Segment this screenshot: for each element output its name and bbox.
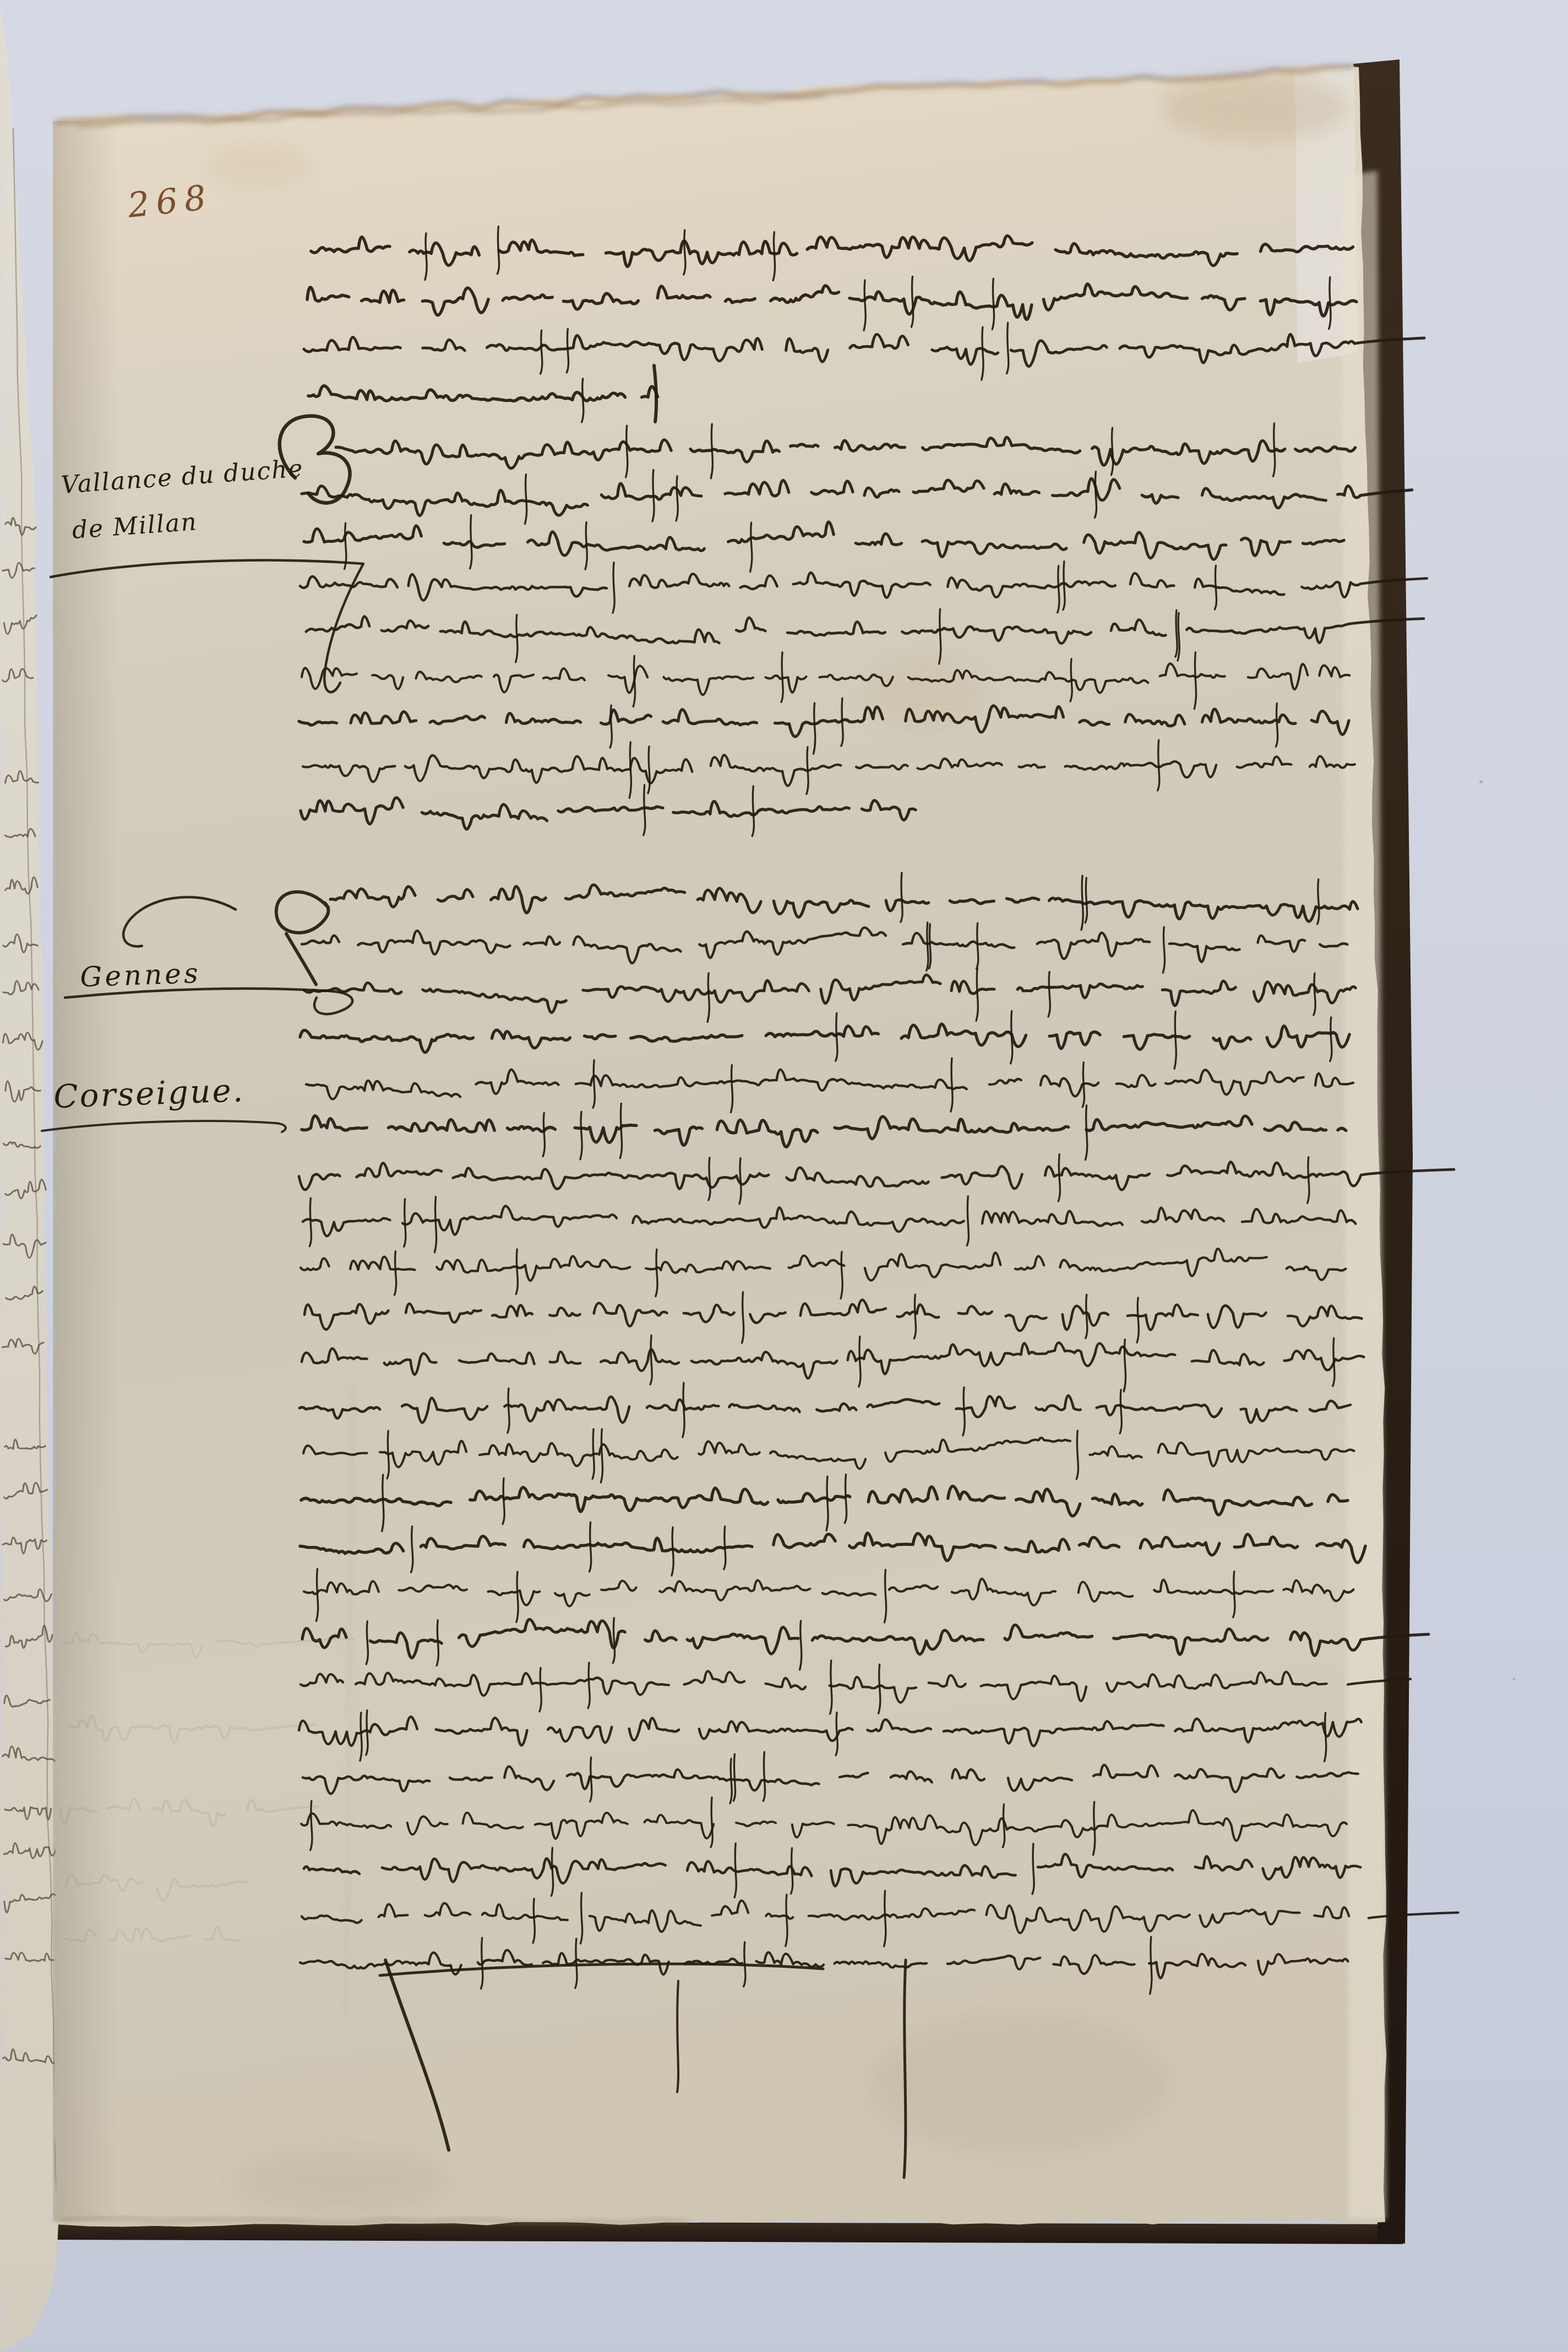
- manuscript-page: [52, 66, 1387, 2226]
- dust-speck: [1513, 1678, 1516, 1681]
- stain: [1162, 73, 1349, 141]
- margin-note-line: Gennes: [79, 957, 201, 993]
- page-paper: [52, 66, 1387, 2226]
- dust-speck: [1479, 780, 1483, 783]
- margin-note-gennes: Gennes: [79, 957, 201, 993]
- margin-note-line: Corseigue.: [53, 1071, 245, 1115]
- stain: [870, 2010, 1167, 2153]
- gutter-shadow: [53, 121, 119, 2222]
- manuscript-photo: 268 Vallance du duche de Millan Gennes C…: [0, 0, 1568, 2352]
- pen-flourish: [677, 1981, 678, 2092]
- stain: [237, 2147, 446, 2213]
- margin-note-corseigue: Corseigue.: [53, 1071, 245, 1115]
- pen-flourish: [904, 1960, 906, 2177]
- stain: [206, 142, 311, 188]
